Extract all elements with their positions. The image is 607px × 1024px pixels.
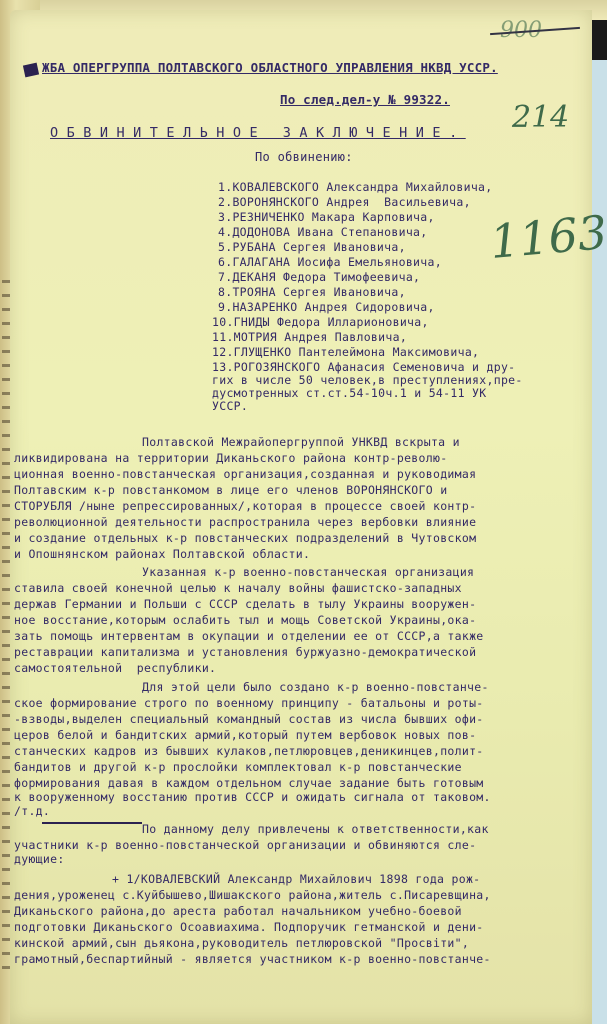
text-line: Указанная к-р военно-повстанческая орган… xyxy=(142,565,474,579)
text-line: -взводы,выделен специальный командный со… xyxy=(14,712,484,726)
list-item: 12.ГЛУЩЕНКО Пантелеймона Максимовича, xyxy=(212,345,479,359)
text-line: СТОРУБЛЯ /ныне репрессированных/,которая… xyxy=(14,499,476,513)
document-title: ОБВИНИТЕЛЬНОЕ ЗАКЛЮЧЕНИЕ. xyxy=(50,125,466,141)
list-continuation: УССР. xyxy=(212,399,248,413)
separator-line xyxy=(42,822,142,824)
text-line: церов белой и бандитских армий,который п… xyxy=(14,728,476,742)
text-line: дения,уроженец с.Куйбышево,Шишакского ра… xyxy=(14,888,491,902)
list-item: 6.ГАЛАГАНА Иосифа Емельяновича, xyxy=(218,255,442,269)
text-line: Диканьского района,до ареста работал нач… xyxy=(14,904,462,918)
text-line: Полтавской Межрайопергруппой УНКВД вскры… xyxy=(142,435,460,449)
text-line: к вооруженному восстанию против СССР и о… xyxy=(14,790,491,804)
list-item: 8.ТРОЯНА Сергея Ивановича, xyxy=(218,285,406,299)
handwritten-margin-number: 1163 xyxy=(488,205,607,269)
text-line: и создание отдельных к-р повстанческих п… xyxy=(14,531,476,545)
text-line: участники к-р военно-повстанческой орган… xyxy=(14,838,476,852)
text-line: + 1/КОВАЛЕВСКИЙ Александр Михайлович 189… xyxy=(112,872,480,886)
text-line: революционной деятельности распространил… xyxy=(14,515,476,529)
text-line: ционная военно-повстанческая организация… xyxy=(14,467,476,481)
text-line: бандитов и другой к-р прослойки комплект… xyxy=(14,760,462,774)
subtitle: По обвинению: xyxy=(255,150,353,164)
list-item: 4.ДОДОНОВА Ивана Степановича, xyxy=(218,225,427,239)
list-item: 13.РОГОЗЯНСКОГО Афанасия Семеновича и др… xyxy=(212,360,515,374)
list-continuation: дусмотренных ст.ст.54-10ч.1 и 54-11 УК xyxy=(212,386,487,400)
text-line: ликвидирована на территории Диканьского … xyxy=(14,451,447,465)
text-line: кинской армий,сын дьякона,руководитель п… xyxy=(14,936,469,950)
list-continuation: гих в числе 50 человек,в преступлениях,п… xyxy=(212,373,523,387)
text-line: зать помощь интервентам в окупации и отд… xyxy=(14,629,484,643)
text-line: /т.д. xyxy=(14,804,50,818)
handwritten-sheet-number: 214 xyxy=(512,100,569,135)
text-line: ное восстание,которым ослабить тыл и мощ… xyxy=(14,613,476,627)
list-item: 11.МОТРИЯ Андрея Павловича, xyxy=(212,330,407,344)
list-item: 2.ВОРОНЯНСКОГО Андрея Васильевича, xyxy=(218,195,471,209)
text-line: самостоятельной республики. xyxy=(14,661,216,675)
text-line: станческих кадров из бывших кулаков,петл… xyxy=(14,744,484,758)
list-item: 7.ДЕКАНЯ Федора Тимофеевича, xyxy=(218,270,420,284)
text-line: ставила своей конечной целью к началу во… xyxy=(14,581,462,595)
text-line: По данному делу привлечены к ответственн… xyxy=(142,822,489,836)
list-item: 5.РУБАНА Сергея Ивановича, xyxy=(218,240,406,254)
text-line: Полтавским к-р повстанкомом в лице его ч… xyxy=(14,483,447,497)
list-item: 9.НАЗАРЕНКО Андрея Сидоровича, xyxy=(218,300,435,314)
text-line: и Опошнянском районах Полтавской области… xyxy=(14,547,310,561)
list-item: 1.КОВАЛЕВСКОГО Александра Михайловича, xyxy=(218,180,493,194)
document-header: ЖБА ОПЕРГРУППА ПОЛТАВСКОГО ОБЛАСТНОГО УП… xyxy=(42,60,498,75)
list-item: 3.РЕЗНИЧЕНКО Макара Карповича, xyxy=(218,210,435,224)
text-line: реставрации капитализма и установления б… xyxy=(14,645,476,659)
text-line: формирования давая в каждом отдельном сл… xyxy=(14,776,484,790)
text-line: ское формирование строго по военному при… xyxy=(14,696,484,710)
list-item: 10.ГНИДЫ Федора Илларионовича, xyxy=(212,315,429,329)
text-line: подготовки Диканьского Осоавиахима. Подп… xyxy=(14,920,484,934)
text-line: дующие: xyxy=(14,852,65,866)
text-line: Для этой цели было создано к-р военно-по… xyxy=(142,680,489,694)
case-reference: По след.дел-у № 99322. xyxy=(280,92,450,107)
text-line: грамотный,беспартийный - является участн… xyxy=(14,952,491,966)
text-line: держав Германии и Польши с СССР сделать … xyxy=(14,597,476,611)
